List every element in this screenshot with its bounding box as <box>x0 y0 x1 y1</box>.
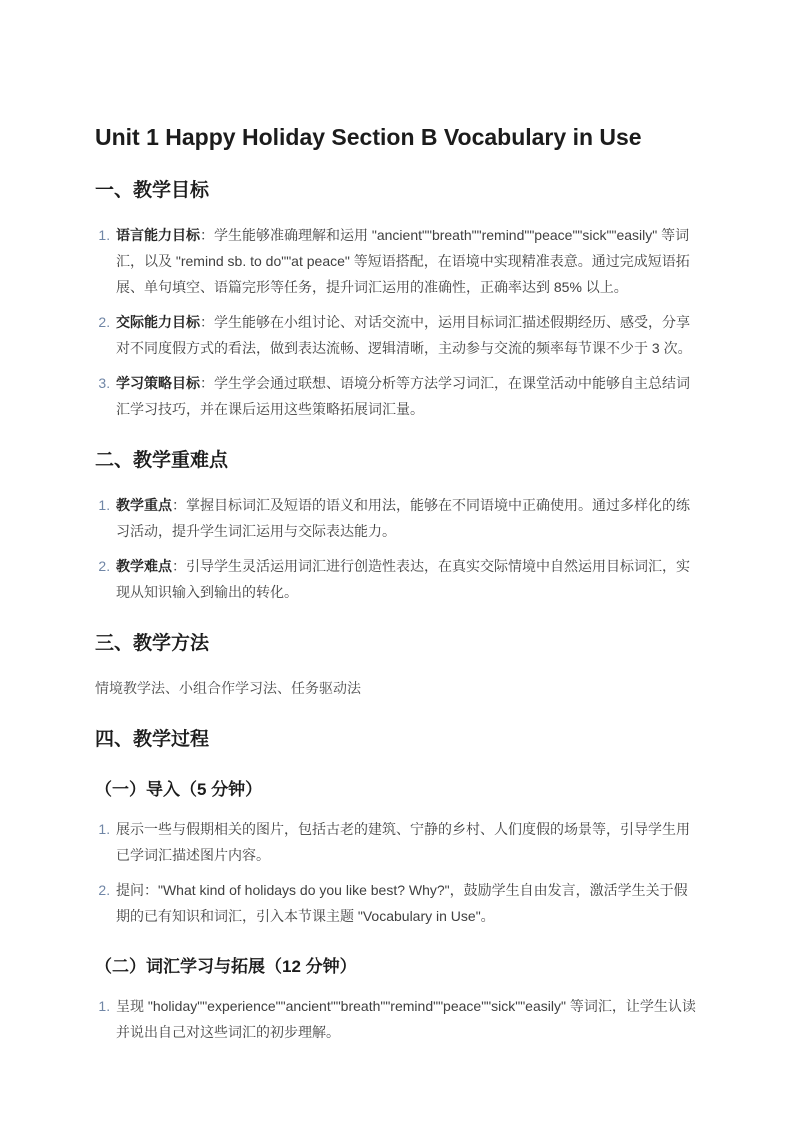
item-text: ：引导学生灵活运用词汇进行创造性表达，在真实交际情境中自然运用目标词汇，实现从知… <box>116 558 690 600</box>
key-difficult-points-list: 教学重点：掌握目标词汇及短语的语义和用法，能够在不同语境中正确使用。通过多样化的… <box>95 492 700 605</box>
section-heading-teaching-process: 四、教学过程 <box>95 728 700 752</box>
section-heading-teaching-methods: 三、教学方法 <box>95 632 700 656</box>
section-heading-key-difficult-points: 二、教学重难点 <box>95 449 700 473</box>
list-item: 教学重点：掌握目标词汇及短语的语义和用法，能够在不同语境中正确使用。通过多样化的… <box>114 492 700 544</box>
section-heading-teaching-objectives: 一、教学目标 <box>95 179 700 203</box>
item-lead: 交际能力目标 <box>116 314 200 330</box>
item-lead: 教学重点 <box>116 497 172 513</box>
item-lead: 教学难点 <box>116 558 172 574</box>
subsection-heading-lead-in: （一）导入（5 分钟） <box>95 778 700 801</box>
vocabulary-learning-steps-list: 呈现 "holiday""experience""ancient""breath… <box>95 993 700 1045</box>
item-text: 展示一些与假期相关的图片，包括古老的建筑、宁静的乡村、人们度假的场景等，引导学生… <box>116 821 690 863</box>
list-item: 学习策略目标：学生学会通过联想、语境分析等方法学习词汇，在课堂活动中能够自主总结… <box>114 370 700 422</box>
item-text: 提问："What kind of holidays do you like be… <box>116 882 688 924</box>
list-item: 交际能力目标：学生能够在小组讨论、对话交流中，运用目标词汇描述假期经历、感受，分… <box>114 309 700 361</box>
item-lead: 语言能力目标 <box>116 227 200 243</box>
list-item: 展示一些与假期相关的图片，包括古老的建筑、宁静的乡村、人们度假的场景等，引导学生… <box>114 816 700 868</box>
list-item: 提问："What kind of holidays do you like be… <box>114 877 700 929</box>
lead-in-steps-list: 展示一些与假期相关的图片，包括古老的建筑、宁静的乡村、人们度假的场景等，引导学生… <box>95 816 700 929</box>
teaching-objectives-list: 语言能力目标：学生能够准确理解和运用 "ancient""breath""rem… <box>95 222 700 422</box>
item-text: ：掌握目标词汇及短语的语义和用法，能够在不同语境中正确使用。通过多样化的练习活动… <box>116 497 690 539</box>
teaching-methods-text: 情境教学法、小组合作学习法、任务驱动法 <box>95 675 700 701</box>
subsection-heading-vocabulary-learning: （二）词汇学习与拓展（12 分钟） <box>95 955 700 978</box>
item-text: ：学生学会通过联想、语境分析等方法学习词汇，在课堂活动中能够自主总结词汇学习技巧… <box>116 375 690 417</box>
item-text: ：学生能够准确理解和运用 "ancient""breath""remind""p… <box>116 227 690 295</box>
list-item: 呈现 "holiday""experience""ancient""breath… <box>114 993 700 1045</box>
item-text: ：学生能够在小组讨论、对话交流中，运用目标词汇描述假期经历、感受，分享对不同度假… <box>116 314 692 356</box>
document-title: Unit 1 Happy Holiday Section B Vocabular… <box>95 122 700 152</box>
list-item: 语言能力目标：学生能够准确理解和运用 "ancient""breath""rem… <box>114 222 700 300</box>
item-lead: 学习策略目标 <box>116 375 200 391</box>
document-page: Unit 1 Happy Holiday Section B Vocabular… <box>0 0 794 1123</box>
item-text: 呈现 "holiday""experience""ancient""breath… <box>116 998 696 1040</box>
list-item: 教学难点：引导学生灵活运用词汇进行创造性表达，在真实交际情境中自然运用目标词汇，… <box>114 553 700 605</box>
